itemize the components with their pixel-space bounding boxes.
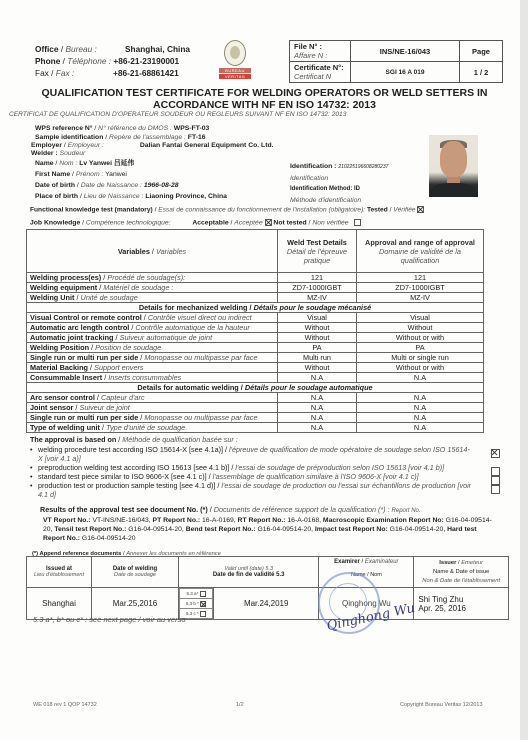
pob-label: Place of birth	[35, 193, 78, 200]
table-row: Welding Unit / Unité de soudageMZ-IVMZ-I…	[27, 293, 484, 303]
table-row: Welding equipment / Matériel de soudage …	[27, 283, 484, 293]
issuer-header-fr: Emeteur	[461, 560, 483, 566]
weld-test-detail: N.A	[278, 413, 357, 423]
certificate-number: SGI 16 A 019	[351, 62, 460, 83]
name-label: Name	[35, 160, 54, 167]
employer-label-fr: Employeur :	[68, 142, 104, 149]
first-name-label-fr: Prénom :	[76, 171, 104, 178]
approval-intro: The approval is based on	[30, 435, 116, 444]
first-name-label: First Name	[35, 171, 70, 178]
report-entry: Impact test Report No: G16-04-09514-20,	[315, 526, 447, 533]
phone-label: Phone	[35, 56, 60, 66]
validity-option: 5.3 b *	[180, 599, 213, 609]
report-entry: VT Report No.: VT-INS/NE-16/043,	[43, 517, 153, 524]
office-label: Office	[35, 44, 59, 54]
weld-test-detail: Without	[278, 333, 357, 343]
name-label-fr: Nom :	[59, 160, 77, 167]
weld-test-detail: Without	[278, 323, 357, 333]
issuer-header: Issuer	[439, 560, 456, 566]
scan-edge	[520, 0, 528, 740]
report-list: VT Report No.: VT-INS/NE-16/043, PT Repo…	[40, 516, 495, 543]
weld-test-detail: N.A	[278, 423, 357, 433]
approval-checkbox[interactable]	[491, 485, 500, 494]
variable-label: Material Backing / Support envers	[27, 363, 278, 373]
approval-intro-fr: Méthode de qualification basée sur :	[122, 435, 237, 444]
dob-value: 1966-08-28	[144, 182, 179, 189]
not-tested-label-fr: Non vérifiée	[312, 219, 348, 226]
valid-until-header: Date de fin de validité 5.3	[180, 572, 317, 578]
col-variables-header-fr: Variables	[156, 247, 186, 256]
file-number: INS/NE-16/043	[351, 41, 460, 62]
wps-value: WPS-FT-03	[174, 125, 210, 132]
approval-range: Visual	[357, 313, 484, 323]
contact-block: Office / Bureau :Shanghai, China Phone /…	[35, 43, 190, 79]
variable-label: Single run or multi run per side / Monop…	[27, 413, 278, 423]
file-label: File N° :	[294, 42, 346, 51]
table-row: Welding Position / Position de soudagePA…	[27, 343, 484, 353]
functional-knowledge-line: Functional knowledge test (mandatory) / …	[30, 206, 424, 213]
welder-label: Welder :	[31, 150, 58, 157]
approval-range: PA	[357, 343, 484, 353]
certificate-subtitle: CERTIFICAT DE QUALIFICATION D'OPERATEUR …	[9, 111, 346, 118]
variable-label: Consummable Insert / Inserts consummable…	[27, 373, 278, 383]
col-range-header-fr: Domaine de validité de la qualification	[360, 247, 480, 265]
footer-page: 1/2	[236, 702, 244, 708]
fax-value: +86-21-68861421	[113, 68, 179, 78]
approval-range: N.A	[357, 373, 484, 383]
weld-test-detail: PA	[278, 343, 357, 353]
fax-label-fr: Fax :	[56, 68, 74, 78]
phone-value: +86-21-23190001	[113, 56, 179, 66]
validity-checkbox[interactable]	[200, 611, 206, 617]
issuer-name-value: Shi Ting Zhu	[418, 595, 507, 604]
bullet-icon: •	[30, 445, 33, 454]
variable-label: Welding Unit / Unité de soudage	[27, 293, 278, 303]
wps-label-fr: N° référence du DMOS :	[98, 125, 172, 132]
functional-test-label-fr: Essai de connaissance du fonctionnement …	[158, 206, 365, 213]
weld-test-detail: N.A	[278, 373, 357, 383]
report-entry: Tensil test Report No.: G16-04-09514-20,	[54, 526, 185, 533]
logo-text-bureau: BUREAU	[219, 68, 251, 73]
approval-range: Multi or single run	[357, 353, 484, 363]
certificate-page: Office / Bureau :Shanghai, China Phone /…	[0, 0, 520, 740]
mechanized-section-header: Details for mechanized welding / Détails…	[27, 303, 484, 313]
certificate-label-fr: Certificat N	[294, 72, 346, 81]
sample-value: FT-16	[188, 134, 206, 141]
approval-range: Without or with	[357, 363, 484, 373]
results-heading-fr: Documents de référence support de la qua…	[214, 505, 390, 514]
approval-range: MZ-IV	[357, 293, 484, 303]
acceptable-checkbox[interactable]	[265, 219, 272, 226]
report-entry: PT Report No.: 16-A-0169,	[153, 517, 238, 524]
approval-range: N.A	[357, 393, 484, 403]
identification-block: Identification : 210225196608280237 Iden…	[290, 161, 388, 206]
bullet-icon: •	[30, 463, 33, 472]
weld-test-detail: MZ-IV	[278, 293, 357, 303]
identification-label-fr: Identification	[290, 173, 388, 184]
examiner-header: Examirer	[334, 559, 360, 565]
table-row: Material Backing / Support enversWithout…	[27, 363, 484, 373]
automatic-section-header: Details for automatic welding / Détails …	[27, 383, 484, 393]
valid-until-value: Mar.24,2019	[214, 588, 319, 620]
table-row: Automatic joint tracking / Suiveur autom…	[27, 333, 484, 343]
table-row: Type of welding unit / Type d'unité de s…	[27, 423, 484, 433]
variable-label: Type of welding unit / Type d'unité de s…	[27, 423, 278, 433]
variable-label: Welding process(es) / Procédé de soudage…	[27, 273, 278, 283]
issued-at-header-fr: Lieu d'établissement	[28, 572, 90, 578]
welder-label-fr: Soudeur	[60, 150, 86, 157]
identification-method-label: Identification Method:	[290, 186, 352, 192]
weld-test-detail: N.A	[278, 393, 357, 403]
report-entry: RT Report No.: 16-A-0168,	[238, 517, 323, 524]
functional-test-label: Functional knowledge test (mandatory)	[30, 206, 153, 213]
approval-range: Without	[357, 323, 484, 333]
logo-emblem-icon	[224, 40, 246, 66]
dob-label: Date of birth	[35, 182, 75, 189]
table-row: Single run or multi run per side / Monop…	[27, 413, 484, 423]
job-knowledge-line: Job Knowledge / Compétence technologique…	[30, 219, 361, 226]
col-details-header: Weld Test Details	[281, 238, 353, 247]
issuer-sub-header-fr: Non & Date de l'établissement	[415, 577, 507, 586]
acceptable-label-fr: Acceptée	[234, 219, 262, 226]
employer-label: Employer	[31, 142, 62, 149]
results-heading: Results of the approval test see documen…	[40, 505, 208, 514]
bureau-veritas-logo: BUREAU VERITAS	[219, 40, 251, 79]
approval-item: •standard test piece similar to ISO 9606…	[30, 472, 500, 481]
table-row: Joint sensor / Suiveur de jointN.AN.A	[27, 403, 484, 413]
validity-option: 5.3 a*	[180, 589, 213, 599]
validity-checkbox[interactable]	[200, 601, 206, 607]
approval-item: •production test or production sample te…	[30, 481, 500, 499]
col-variables-header: Variables	[118, 247, 150, 256]
functional-tested-checkbox[interactable]	[417, 206, 424, 213]
sample-label: Sample identification	[35, 134, 103, 141]
approval-item: •preproduction welding test according IS…	[30, 463, 500, 472]
validity-checkbox[interactable]	[200, 591, 206, 597]
file-reference-box: File N° :Affaire N : INS/NE-16/043 Page …	[289, 40, 503, 83]
approval-basis: The approval is based on / Méthode de qu…	[30, 435, 500, 499]
issuer-sub-header: Name & Date of issue	[415, 568, 507, 577]
variable-label: Automatic joint tracking / Suiveur autom…	[27, 333, 278, 343]
identification-value: 210225196608280237	[338, 164, 388, 170]
weld-test-detail: Without	[278, 363, 357, 373]
identification-method-value: ID	[354, 186, 360, 192]
page-label: Page	[460, 41, 503, 62]
issue-table: Issued atLieu d'établissement Date of we…	[26, 556, 509, 620]
certificate-label: Certificate N°:	[294, 63, 346, 72]
identification-method-label-fr: Méthode d'identification	[290, 195, 388, 206]
welder-info: WPS reference N° / N° référence du DMOS …	[35, 124, 274, 202]
acceptable-label: Acceptable	[192, 219, 228, 226]
table-row: Automatic arc length control / Contrôle …	[27, 323, 484, 333]
not-tested-checkbox[interactable]	[354, 219, 361, 226]
table-row: Arc sensor control / Capteur d'arcN.AN.A	[27, 393, 484, 403]
dob-label-fr: Date de Naissance :	[81, 182, 142, 189]
issue-date-value: Apr. 25, 2016	[418, 604, 507, 613]
examiner-header-fr: Examinateur	[365, 559, 399, 565]
variables-table: Variables / Variables Weld Test DetailsD…	[26, 229, 484, 433]
approval-range: N.A	[357, 403, 484, 413]
approval-range: N.A	[357, 423, 484, 433]
employer-value: Dalian Fantai General Equipment Co. Ltd.	[140, 142, 274, 149]
table-row: Single run or multi run per side / Monop…	[27, 353, 484, 363]
sample-label-fr: Repère de l'assemblage :	[109, 134, 186, 141]
name-value: Lv Yanwei 吕延伟	[79, 160, 134, 167]
fax-label: Fax	[35, 68, 49, 78]
approval-range: Without or with	[357, 333, 484, 343]
variable-label: Joint sensor / Suiveur de joint	[27, 403, 278, 413]
variable-label: Welding Position / Position de soudage	[27, 343, 278, 353]
functional-tested-label: Tested	[367, 206, 388, 213]
certificate-title: QUALIFICATION TEST CERTIFICATE FOR WELDI…	[12, 87, 517, 111]
variable-label: Visual Control or remote control / Contr…	[27, 313, 278, 323]
weld-test-detail: Multi run	[278, 353, 357, 363]
footer-form-code: WE 018 rev 1 QOP 14732	[33, 702, 97, 708]
job-knowledge-label-fr: Compétence technologique:	[86, 219, 171, 226]
identification-label: Identification :	[290, 163, 336, 170]
variable-label: Automatic arc length control / Contrôle …	[27, 323, 278, 333]
validity-footnote: 5.3 a*, b* ou c* : see next page / voir …	[33, 615, 186, 624]
variable-label: Arc sensor control / Capteur d'arc	[27, 393, 278, 403]
weld-test-detail: N.A	[278, 403, 357, 413]
office-label-fr: Bureau :	[65, 44, 96, 54]
approval-item: •welding procedure test according ISO 15…	[30, 445, 500, 463]
results-heading-tail: Report No.	[392, 508, 421, 514]
functional-tested-label-fr: Vérifiée	[393, 206, 415, 213]
date-welding-header-fr: Date de soudage	[93, 572, 177, 578]
page-number: 1 / 2	[460, 62, 503, 83]
approval-checkbox[interactable]	[491, 449, 500, 458]
job-knowledge-label: Job Knowledge	[30, 219, 80, 226]
col-details-header-fr: Détail de l'épreuve pratique	[281, 247, 353, 265]
first-name-value: Yanwei	[105, 171, 127, 178]
bullet-icon: •	[30, 481, 33, 490]
weld-test-detail: ZD7-1000IGBT	[278, 283, 357, 293]
report-entry: Bend test Report No.: G16-04-09514-20,	[186, 526, 315, 533]
table-row: Welding process(es) / Procédé de soudage…	[27, 273, 484, 283]
weld-test-detail: Visual	[278, 313, 357, 323]
variable-label: Welding equipment / Matériel de soudage …	[27, 283, 278, 293]
table-row: Visual Control or remote control / Contr…	[27, 313, 484, 323]
approval-range: ZD7-1000IGBT	[357, 283, 484, 293]
pob-value: Liaoning Province, China	[145, 193, 227, 200]
col-range-header: Approval and range of approval	[360, 238, 480, 247]
bullet-icon: •	[30, 472, 33, 481]
phone-label-fr: Téléphone :	[67, 56, 111, 66]
welder-photo	[429, 135, 478, 197]
variable-label: Single run or multi run per side / Monop…	[27, 353, 278, 363]
table-row: Consummable Insert / Inserts consummable…	[27, 373, 484, 383]
weld-test-detail: 121	[278, 273, 357, 283]
logo-text-veritas: VERITAS	[219, 74, 251, 79]
wps-label: WPS reference N°	[35, 125, 93, 132]
not-tested-label: Not tested	[273, 219, 306, 226]
results-block: Results of the approval test see documen…	[40, 505, 495, 543]
approval-range: 121	[357, 273, 484, 283]
footer-copyright: Copyright Bureau Veritas 12/2013	[400, 702, 483, 708]
approval-range: N.A	[357, 413, 484, 423]
office-value: Shanghai, China	[125, 44, 190, 54]
file-label-fr: Affaire N :	[294, 51, 346, 60]
pob-label-fr: Lieu de Naissance :	[84, 193, 144, 200]
